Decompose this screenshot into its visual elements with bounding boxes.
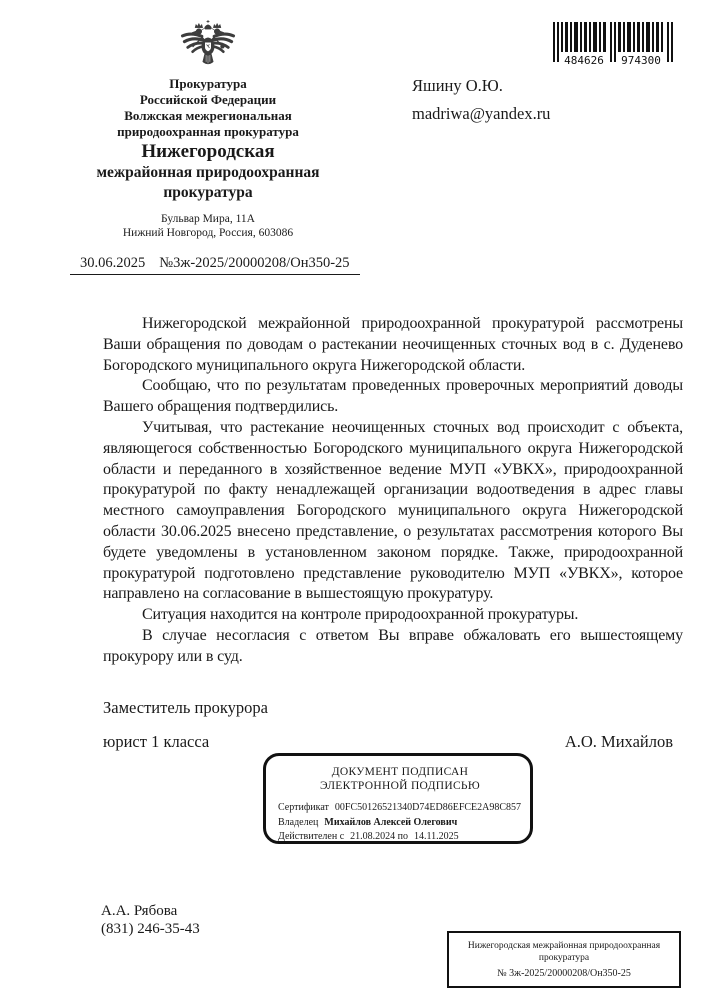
document-date: 30.06.2025 <box>80 255 145 271</box>
esign-validity-line: Действителен с21.08.2024 по14.11.2025 <box>278 830 522 845</box>
letterhead-org-name-cont: прокуратура <box>70 183 346 203</box>
recipient-name: Яшину О.Ю. <box>412 76 503 96</box>
letterhead-org-name: Нижегородская <box>70 141 346 163</box>
address-line: Нижний Новгород, Россия, 603086 <box>70 226 346 240</box>
signature-block: Заместитель прокурора юрист 1 класса А.О… <box>103 698 673 752</box>
executor-name: А.А. Рябова <box>101 902 200 920</box>
letterhead-org-line: Российской Федерации <box>70 92 346 108</box>
stamp-org-line1: Нижегородская межрайонная природоохранна… <box>453 940 675 952</box>
tracking-barcode: 484626 974300 <box>553 22 673 66</box>
recipient-email: madriwa@yandex.ru <box>412 104 550 124</box>
letterhead-address: Бульвар Мира, 11А Нижний Новгород, Росси… <box>70 212 346 240</box>
document-number: №3ж-2025/20000208/Он350-25 <box>159 255 349 271</box>
esign-cert-value: 00FC50126521340D74ED86EFCE2A98C857 <box>335 802 521 813</box>
letterhead: Прокуратура Российской Федерации Волжска… <box>70 20 346 275</box>
esign-owner-value: Михайлов Алексей Олегович <box>324 817 457 828</box>
executor-phone: (831) 246-35-43 <box>101 920 200 938</box>
electronic-signature-stamp: ДОКУМЕНТ ПОДПИСАН ЭЛЕКТРОННОЙ ПОДПИСЬЮ С… <box>263 753 533 844</box>
stamp-org-line2: прокуратура <box>453 952 675 964</box>
esign-title-line1: ДОКУМЕНТ ПОДПИСАН <box>278 765 522 779</box>
paragraph: Учитывая, что растекание неочищенных сто… <box>103 418 683 605</box>
stamp-number-value: 3ж-2025/20000208/Он350-25 <box>509 968 631 979</box>
esign-valid-from: 21.08.2024 <box>350 831 395 842</box>
signer-position-line1: Заместитель прокурора <box>103 698 673 718</box>
letterhead-org-name-cont: межрайонная природоохранная <box>70 163 346 183</box>
signer-name: А.О. Михайлов <box>565 732 673 752</box>
esign-valid-to: 14.11.2025 <box>414 831 459 842</box>
barcode-digits-left: 484626 <box>560 54 608 67</box>
esign-cert-label: Сертификат <box>278 802 329 813</box>
address-line: Бульвар Мира, 11А <box>70 212 346 226</box>
registration-stamp: Нижегородская межрайонная природоохранна… <box>447 931 681 988</box>
esign-valid-mid: по <box>398 831 408 842</box>
document-page: Прокуратура Российской Федерации Волжска… <box>0 0 706 1000</box>
letter-body: Нижегородской межрайонной природоохранно… <box>103 314 683 668</box>
esign-owner-line: ВладелецМихайлов Алексей Олегович <box>278 816 522 831</box>
russia-coat-of-arms-icon <box>179 20 237 70</box>
signer-position-line2: юрист 1 класса <box>103 732 209 752</box>
paragraph: В случае несогласия с ответом Вы вправе … <box>103 626 683 668</box>
stamp-number-line: № 3ж-2025/20000208/Он350-25 <box>453 968 675 980</box>
paragraph: Ситуация находится на контроле природоох… <box>103 605 683 626</box>
letterhead-org-line: Волжская межрегиональная <box>70 108 346 124</box>
date-number-line: 30.06.2025№3ж-2025/20000208/Он350-25 <box>70 254 346 275</box>
paragraph: Нижегородской межрайонной природоохранно… <box>103 314 683 376</box>
barcode-digits-right: 974300 <box>617 54 665 67</box>
stamp-number-label: № <box>497 968 507 979</box>
letterhead-org-line: Прокуратура <box>70 76 346 92</box>
esign-valid-label: Действителен с <box>278 831 344 842</box>
letterhead-org-line: природоохранная прокуратура <box>70 124 346 140</box>
esign-title-line2: ЭЛЕКТРОННОЙ ПОДПИСЬЮ <box>278 779 522 793</box>
paragraph: Сообщаю, что по результатам проведенных … <box>103 376 683 418</box>
executor-contact: А.А. Рябова (831) 246-35-43 <box>101 902 200 938</box>
esign-owner-label: Владелец <box>278 817 318 828</box>
esign-certificate-line: Сертификат00FC50126521340D74ED86EFCE2A98… <box>278 801 522 816</box>
